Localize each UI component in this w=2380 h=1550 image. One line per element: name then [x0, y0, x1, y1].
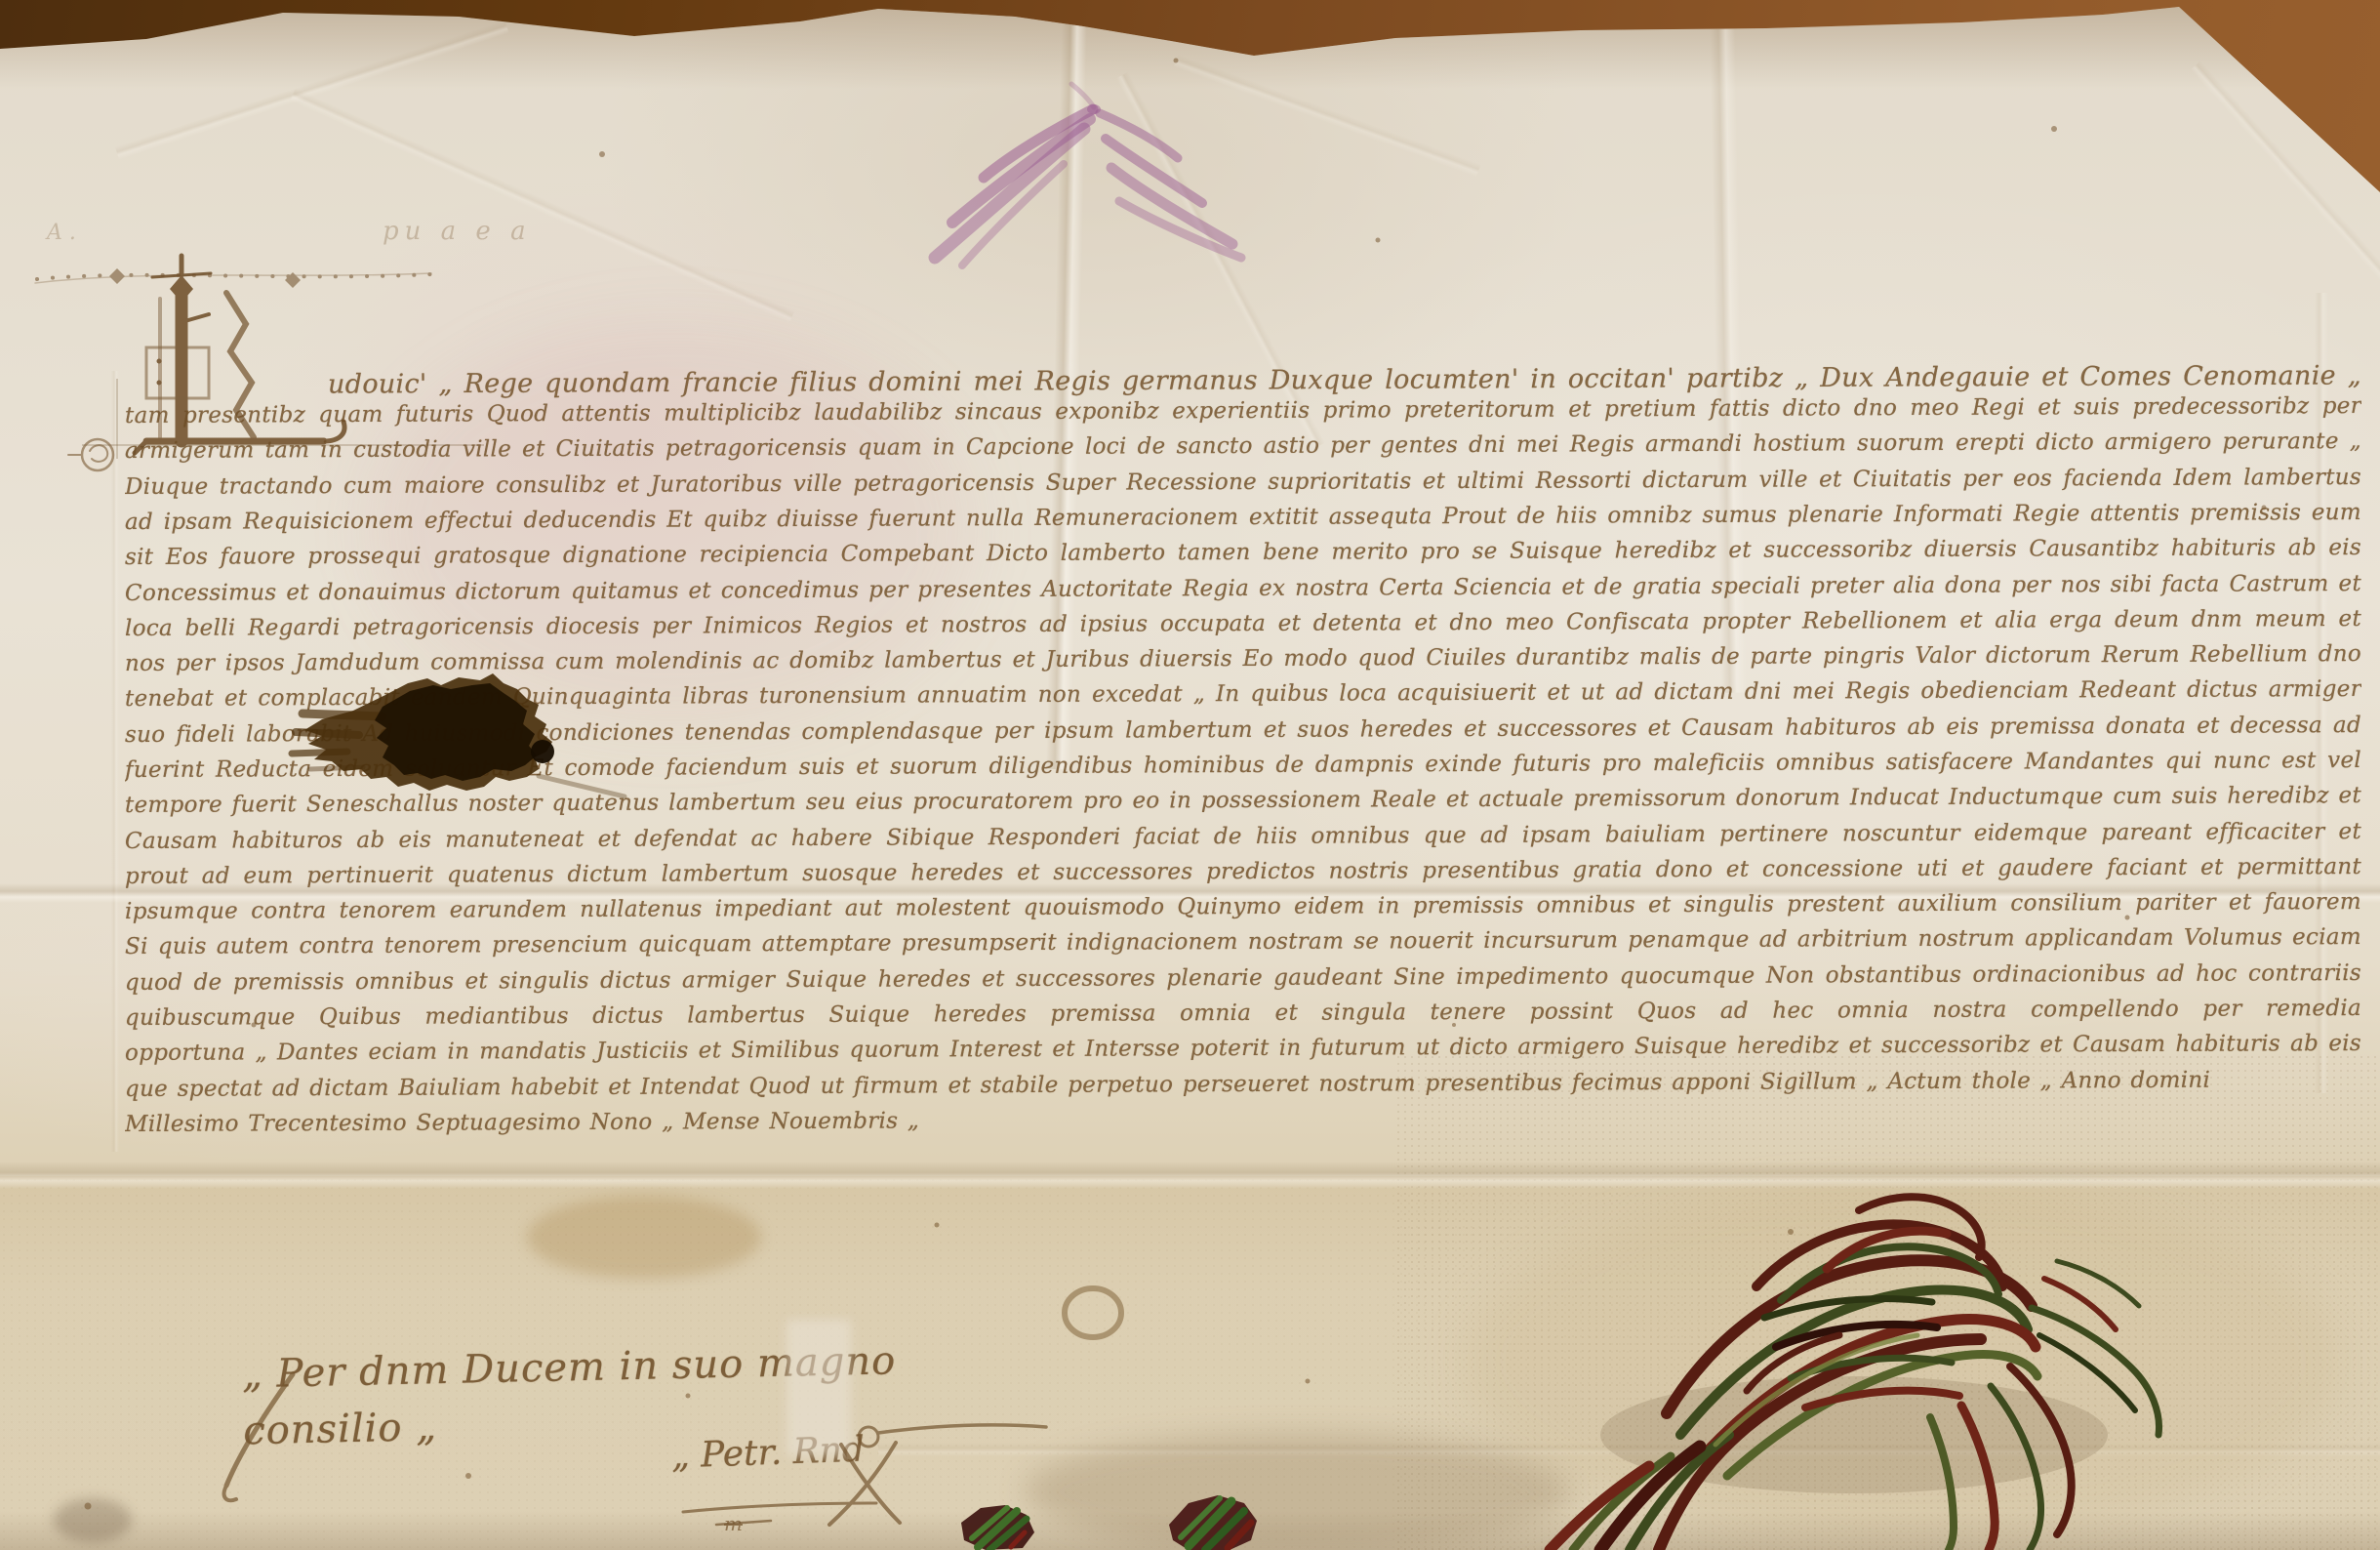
decorated-initial-L — [135, 256, 344, 453]
parchment-sheet: pu a e a A . udouic' „ Rege quondam fran… — [0, 0, 2380, 1550]
signature-flourish — [224, 1374, 1046, 1525]
ink-ring-mark — [1065, 1288, 1121, 1337]
seal-cords — [1550, 1197, 2159, 1550]
photo-of-parchment-charter: pu a e a A . udouic' „ Rege quondam fran… — [0, 0, 2380, 1550]
cord-tuft-left — [961, 1505, 1034, 1550]
ink-blot — [292, 673, 625, 796]
cord-tuft-right — [1169, 1495, 1257, 1550]
dotted-flourish — [35, 268, 431, 288]
marks-overlay — [0, 0, 2380, 1550]
margin-notary-mark — [68, 439, 113, 470]
purple-plume-mark — [935, 84, 1241, 265]
